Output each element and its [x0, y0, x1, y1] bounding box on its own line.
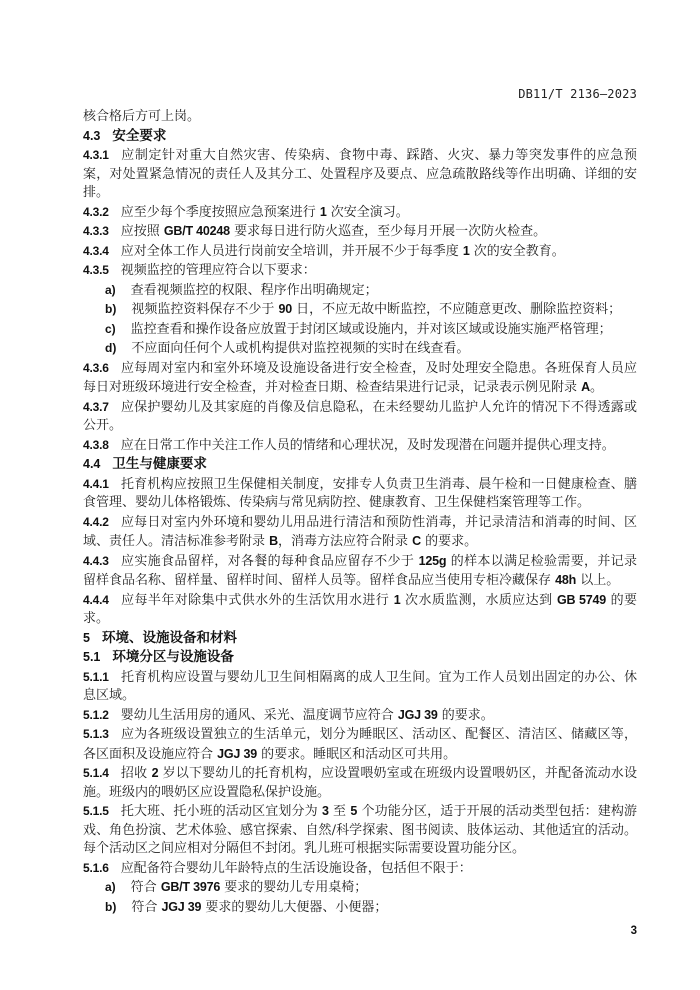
list-item: b)符合 JGJ 39 要求的婴幼儿大便器、小便器； [83, 898, 637, 918]
standard-reference: JGJ 39 [161, 900, 201, 914]
clause-number: 4.3.4 [83, 244, 109, 258]
text-run: 应实施食品留样，对各餐的每种食品应留存不少于 [121, 554, 419, 569]
text-run: 应每半年对除集中式供水外的生活饮用水进行 [121, 593, 394, 608]
document-page: DB11/T 2136—2023 核合格后方可上岗。4.3安全要求4.3.1应制… [0, 0, 700, 990]
text-run: 应每周对室内和室外环境及设施设备进行安全检查，及时处理安全隐患。各班保育人员应每… [83, 361, 637, 396]
standard-reference: 1 [320, 205, 327, 219]
text-run: 的要求。睡眠区和活动区可共用。 [257, 747, 456, 762]
text-run: 应对全体工作人员进行岗前安全培训，并开展不少于每季度 [121, 244, 463, 259]
list-marker: b) [105, 900, 116, 914]
text-run: 监控查看和操作设备应放置于封闭区域或设施内，并对该区域或设施实施严格管理； [131, 322, 612, 337]
standard-reference: 1 [394, 593, 401, 607]
heading-title: 环境、设施设备和材料 [102, 630, 237, 645]
text-run: 要求每日进行防火巡查，至少每月开展一次防火检查。 [230, 224, 546, 239]
standard-reference: GB/T 3976 [161, 880, 220, 894]
paragraph: 4.3.6应每周对室内和室外环境及设施设备进行安全检查，及时处理安全隐患。各班保… [83, 359, 637, 398]
page-number: 3 [631, 925, 637, 937]
clause-number: 4.4.1 [83, 477, 109, 491]
standard-reference: GB 5749 [557, 593, 606, 607]
text-run: 要求的婴幼儿专用桌椅； [220, 880, 367, 895]
text-run: 托育机构应按照卫生保健相关制度，安排专人负责卫生消毒、晨午检和一日健康检查、膳食… [83, 477, 637, 511]
paragraph: 4.3.5视频监控的管理应符合以下要求： [83, 261, 637, 281]
text-run: 核合格后方可上岗。 [83, 109, 200, 124]
clause-number: 4.3.1 [83, 148, 109, 162]
text-run: 日，不应无故中断监控，不应随意更改、删除监控资料； [292, 302, 621, 317]
standard-reference: A [581, 380, 590, 394]
text-run: 次水质监测，水质应达到 [401, 593, 558, 608]
clause-number: 4.3.7 [83, 400, 109, 414]
paragraph: 5.1.5托大班、托小班的活动区宜划分为 3 至 5 个功能分区，适于开展的活动… [83, 802, 637, 859]
paragraph: 4.4.4应每半年对除集中式供水外的生活饮用水进行 1 次水质监测，水质应达到 … [83, 591, 637, 629]
standard-reference: JGJ 39 [398, 708, 438, 722]
paragraph: 4.3.8应在日常工作中关注工作人员的情绪和心理状况，及时发现潜在问题并提供心理… [83, 436, 637, 456]
text-run: 符合 [131, 880, 161, 895]
text-run: 应按照 [121, 224, 164, 239]
text-run: 查看视频监控的权限、程序作出明确规定； [131, 283, 378, 298]
heading-number: 5.1 [83, 650, 100, 664]
text-run: 。 [590, 380, 603, 395]
heading-title: 卫生与健康要求 [112, 456, 207, 471]
standard-reference: JGJ 39 [217, 747, 257, 761]
list-marker: b) [105, 302, 116, 316]
heading-number: 5 [83, 631, 90, 645]
document-body: 核合格后方可上岗。4.3安全要求4.3.1应制定针对重大自然灾害、传染病、食物中… [83, 101, 637, 917]
paragraph: 4.3.2应至少每个季度按照应急预案进行 1 次安全演习。 [83, 203, 637, 223]
paragraph: 5.1.1托育机构应设置与婴幼儿卫生间相隔离的成人卫生间。宜为工作人员划出固定的… [83, 668, 637, 706]
paragraph: 4.3.1应制定针对重大自然灾害、传染病、食物中毒、踩踏、火灾、暴力等突发事件的… [83, 146, 637, 203]
clause-number: 5.1.5 [83, 804, 109, 818]
clause-number: 5.1.3 [83, 727, 109, 741]
page-footer: 3 [83, 922, 637, 941]
paragraph: 4.3.4应对全体工作人员进行岗前安全培训，并开展不少于每季度 1 次的安全教育… [83, 242, 637, 262]
paragraph: 4.4.3应实施食品留样，对各餐的每种食品应留存不少于 125g 的样本以满足检… [83, 552, 637, 591]
standard-reference: 3 [322, 804, 329, 818]
standard-reference: 90 [278, 302, 292, 316]
standard-code: DB11/T 2136—2023 [518, 87, 637, 101]
standard-reference: C [412, 534, 421, 548]
text-run: 视频监控的管理应符合以下要求： [121, 263, 316, 278]
paragraph: 5.1.3应为各班级设置独立的生活单元，划分为睡眠区、活动区、配餐区、清洁区、储… [83, 725, 637, 764]
paragraph: 4.4.2应每日对室内外环境和婴幼儿用品进行清洁和预防性消毒，并记录清洁和消毒的… [83, 513, 637, 552]
list-marker: a) [105, 283, 116, 297]
standard-reference: 48h [555, 573, 576, 587]
list-marker: c) [105, 322, 116, 336]
paragraph: 4.3.3应按照 GB/T 40248 要求每日进行防火巡查，至少每月开展一次防… [83, 222, 637, 242]
text-run: 应保护婴幼儿及其家庭的肖像及信息隐私，在未经婴幼儿监护人允许的情况下不得透露或公… [83, 400, 637, 434]
text-run: 视频监控资料保存不少于 [131, 302, 278, 317]
clause-number: 5.1.4 [83, 766, 109, 780]
clause-number: 5.1.2 [83, 708, 109, 722]
section-heading: 4.4卫生与健康要求 [83, 455, 637, 475]
clause-number: 5.1.6 [83, 861, 109, 875]
paragraph: 5.1.4招收 2 岁以下婴幼儿的托育机构，应设置喂奶室或在班级内设置喂奶区，并… [83, 764, 637, 802]
clause-number: 4.4.2 [83, 515, 109, 529]
text-run: 的要求。 [421, 534, 477, 549]
section-heading: 5.1环境分区与设施设备 [83, 648, 637, 668]
clause-number: 4.3.2 [83, 205, 109, 219]
text-run: 托大班、托小班的活动区宜划分为 [121, 804, 322, 819]
text-run: 岁以下婴幼儿的托育机构，应设置喂奶室或在班级内设置喂奶区，并配备流动水设施。班级… [83, 766, 637, 800]
section-heading: 4.3安全要求 [83, 127, 637, 147]
paragraph: 5.1.2婴幼儿生活用房的通风、采光、温度调节应符合 JGJ 39 的要求。 [83, 706, 637, 726]
text-run: 招收 [121, 766, 152, 781]
page-header: DB11/T 2136—2023 [83, 0, 637, 101]
heading-title: 环境分区与设施设备 [112, 649, 234, 664]
heading-number: 4.3 [83, 129, 100, 143]
list-item: d)不应面向任何个人或机构提供对监控视频的实时在线查看。 [83, 339, 637, 359]
list-item: b)视频监控资料保存不少于 90 日，不应无故中断监控，不应随意更改、删除监控资… [83, 300, 637, 320]
text-run: 的要求。 [438, 708, 494, 723]
text-run: 符合 [131, 900, 161, 915]
chapter-heading: 5环境、设施设备和材料 [83, 629, 637, 649]
paragraph: 核合格后方可上岗。 [83, 108, 637, 127]
text-run: 应配备符合婴幼儿年龄特点的生活设施设备，包括但不限于： [121, 861, 472, 876]
text-run: 以上。 [576, 573, 619, 588]
clause-number: 4.4.3 [83, 554, 109, 568]
text-run: 要求的婴幼儿大便器、小便器； [201, 900, 387, 915]
heading-title: 安全要求 [112, 128, 166, 143]
clause-number: 5.1.1 [83, 670, 109, 684]
standard-reference: 125g [419, 554, 447, 568]
paragraph: 4.3.7应保护婴幼儿及其家庭的肖像及信息隐私，在未经婴幼儿监护人允许的情况下不… [83, 398, 637, 436]
list-item: a)查看视频监控的权限、程序作出明确规定； [83, 281, 637, 301]
text-run: 应至少每个季度按照应急预案进行 [121, 205, 320, 220]
clause-number: 4.3.8 [83, 438, 109, 452]
text-run: 托育机构应设置与婴幼儿卫生间相隔离的成人卫生间。宜为工作人员划出固定的办公、休息… [83, 670, 637, 704]
heading-number: 4.4 [83, 457, 100, 471]
paragraph: 4.4.1托育机构应按照卫生保健相关制度，安排专人负责卫生消毒、晨午检和一日健康… [83, 475, 637, 513]
text-run: 应在日常工作中关注工作人员的情绪和心理状况，及时发现潜在问题并提供心理支持。 [121, 438, 615, 453]
text-run: 至 [329, 804, 351, 819]
list-marker: d) [105, 341, 116, 355]
text-run: ，消毒方法应符合附录 [278, 534, 412, 549]
standard-reference: GB/T 40248 [164, 224, 230, 238]
standard-reference: 1 [463, 244, 470, 258]
list-marker: a) [105, 880, 116, 894]
text-run: 应制定针对重大自然灾害、传染病、食物中毒、踩踏、火灾、暴力等突发事件的应急预案，… [83, 148, 637, 200]
list-item: a)符合 GB/T 3976 要求的婴幼儿专用桌椅； [83, 878, 637, 898]
clause-number: 4.3.6 [83, 361, 109, 375]
text-run: 不应面向任何个人或机构提供对监控视频的实时在线查看。 [131, 341, 469, 356]
clause-number: 4.4.4 [83, 593, 109, 607]
paragraph: 5.1.6应配备符合婴幼儿年龄特点的生活设施设备，包括但不限于： [83, 859, 637, 879]
list-item: c)监控查看和操作设备应放置于封闭区域或设施内，并对该区域或设施实施严格管理； [83, 320, 637, 340]
clause-number: 4.3.3 [83, 224, 109, 238]
clause-number: 4.3.5 [83, 263, 109, 277]
text-run: 次安全演习。 [327, 205, 409, 220]
text-run: 次的安全教育。 [470, 244, 565, 259]
standard-reference: B [269, 534, 278, 548]
text-run: 婴幼儿生活用房的通风、采光、温度调节应符合 [121, 708, 398, 723]
